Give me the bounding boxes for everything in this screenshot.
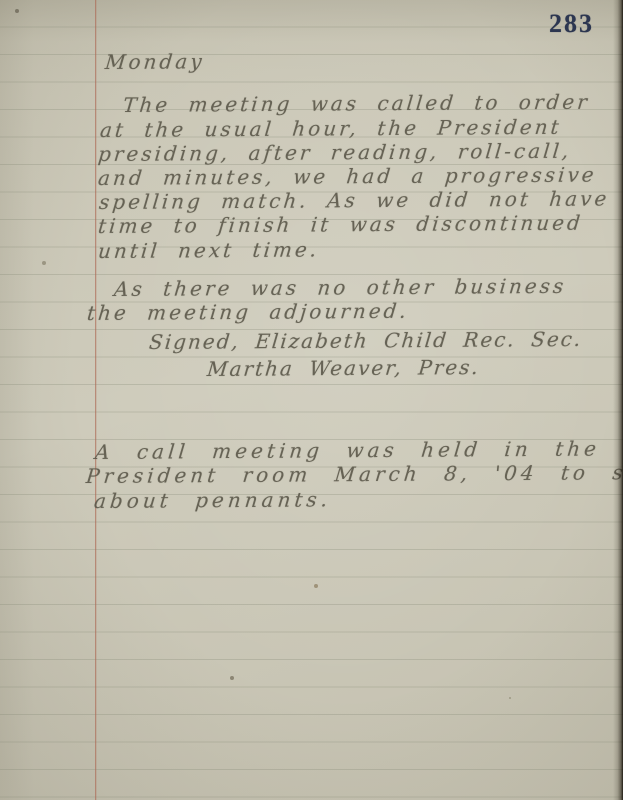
handwritten-line: A call meeting was held in the xyxy=(94,436,601,464)
signature-line-president: Martha Weaver, Pres. xyxy=(206,355,481,381)
handwritten-line: about pennants. xyxy=(93,487,332,513)
signature-line-secretary: Signed, Elizabeth Child Rec. Sec. xyxy=(148,327,584,354)
book-edge-shadow xyxy=(613,0,623,800)
handwritten-line: and minutes, we had a progressive xyxy=(97,163,598,190)
entry-date-heading: Monday xyxy=(104,49,206,74)
page-number: 283 xyxy=(549,9,594,39)
handwritten-line: the meeting adjourned. xyxy=(86,299,410,325)
handwritten-line: As there was no other business xyxy=(113,274,568,301)
paper-specks xyxy=(0,0,2,2)
handwritten-line: time to finish it was discontinued xyxy=(97,211,584,238)
handwritten-line: President room March 8, '04 to see xyxy=(85,460,623,488)
handwritten-line: The meeting was called to order xyxy=(122,90,591,117)
scanned-minutes-page: 283 Monday The meeting was called to ord… xyxy=(0,0,623,800)
handwritten-line: presiding, after reading, roll-call, xyxy=(97,139,573,166)
red-margin-line xyxy=(95,0,96,800)
handwritten-line: spelling match. As we did not have xyxy=(98,186,611,214)
handwritten-line: until next time. xyxy=(97,237,320,263)
handwritten-line: at the usual hour, the President xyxy=(99,115,563,142)
